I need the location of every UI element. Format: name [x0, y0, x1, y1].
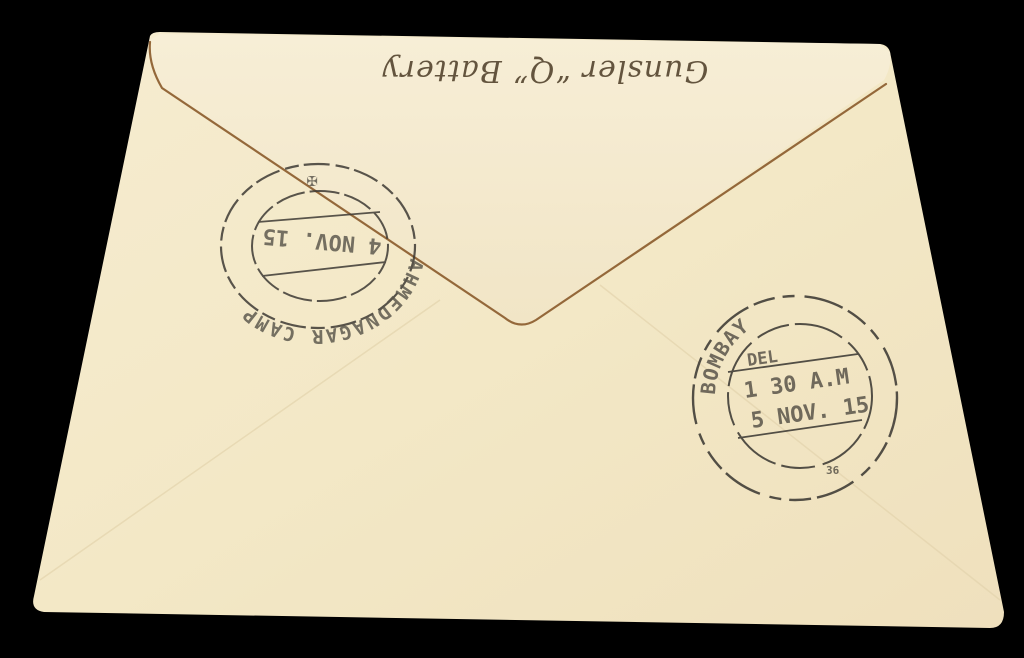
postmark-office: DEL	[746, 347, 779, 371]
handwritten-inscription: Gunsler “Q” Battery	[340, 40, 750, 100]
postmark-number: 36	[826, 464, 840, 477]
fleur-de-lis-icon: ✠	[307, 170, 318, 191]
